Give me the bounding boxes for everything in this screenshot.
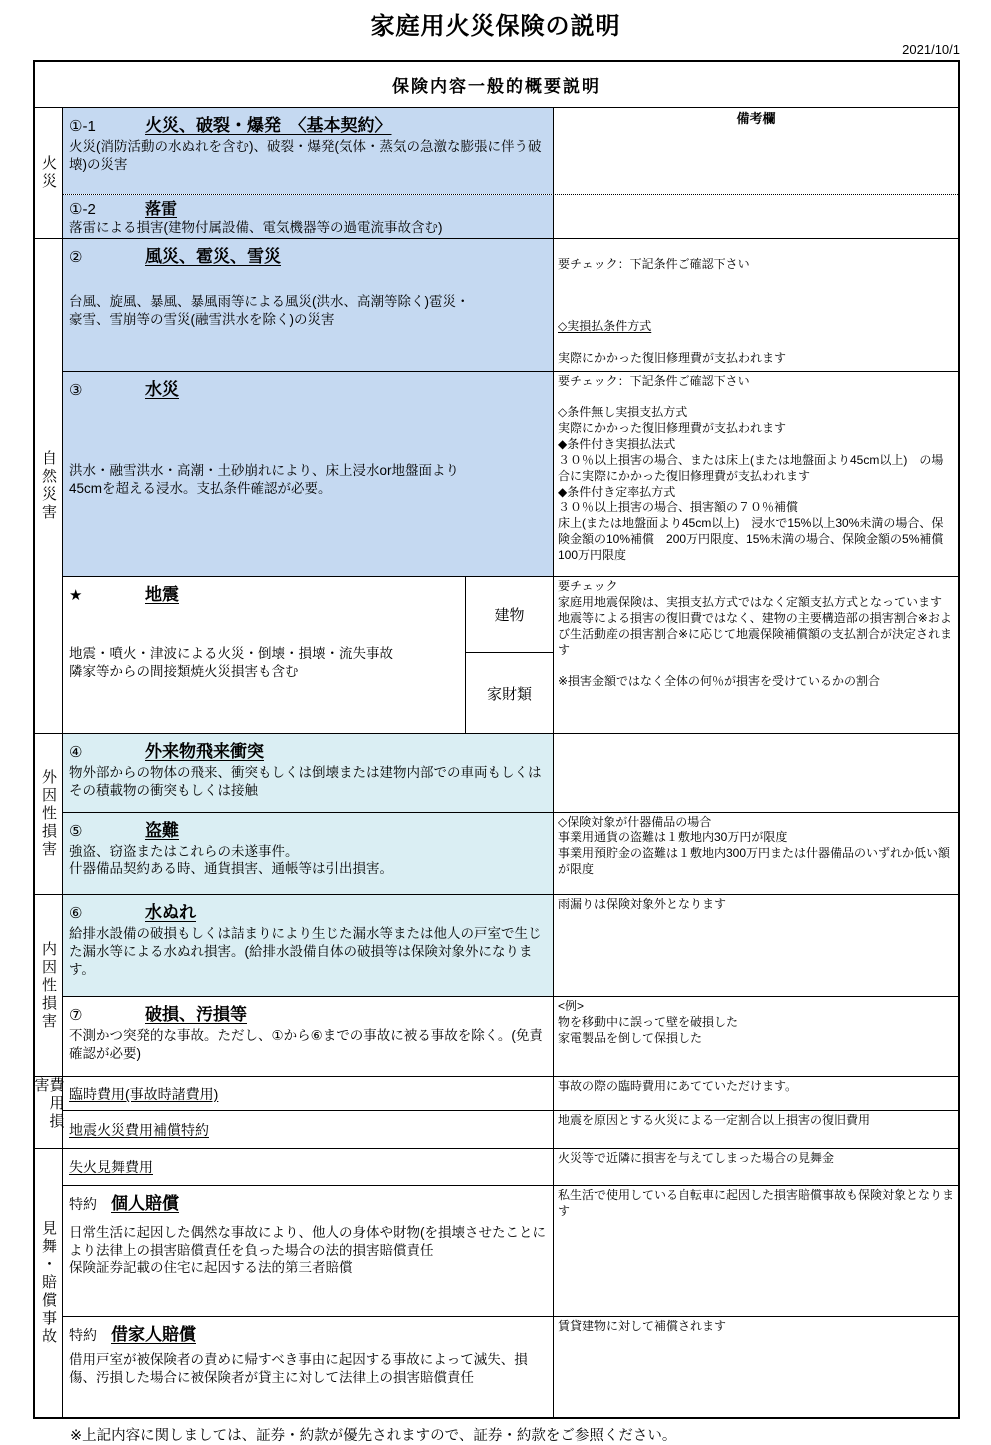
row-tenant-liability: 特約借家人賠償 借用戸室が被保険者の責めに帰すべき事由に起因する事故によって滅失… [63, 1316, 958, 1417]
item-body: 不測かつ突発的な事故。ただし、①から⑥までの事故に被る事故を除く。(免責確認が必… [69, 1027, 547, 1063]
category-internal-damage: 内因性損害 [35, 895, 63, 1076]
item-title: 火災、破裂・爆発 〈基本契約〉 [145, 111, 392, 136]
item-body: 日常生活に起因した偶然な事故により、他人の身体や財物(を損壊させたことにより法律… [69, 1224, 547, 1277]
section-internal-damage: 内因性損害 ⑥水ぬれ 給排水設備の破損もしくは詰まりにより生じた漏水等または他人… [35, 894, 958, 1076]
section-fire: 火災 ①-1火災、破裂・爆発 〈基本契約〉 火災(消防活動の水ぬれを含む)、破裂… [35, 108, 958, 238]
subcell-household-goods: 家財類 [466, 653, 553, 733]
row-temporary-expenses: 臨時費用(事故時諸費用) 事故の際の臨時費用にあてていただけます。 [63, 1077, 958, 1110]
item-number: ①-2 [69, 200, 145, 218]
item-number: ② [69, 248, 145, 266]
category-expense-damage: 費用損害 [35, 1077, 63, 1148]
remark-cell: 事故の際の臨時費用にあてていただけます。 [553, 1077, 958, 1110]
remark-cell [553, 734, 958, 812]
footer-note: ※上記内容に関しましては、証券・約款が優先されますので、証券・約款をご参照くださ… [70, 1424, 676, 1445]
item-body: 借用戸室が被保険者の責めに帰すべき事由に起因する事故によって滅失、損傷、汚損した… [69, 1351, 547, 1387]
row-earthquake-fire-expense-rider: 地震火災費用補償特約 地震を原因とする火災による一定割合以上損害の復旧費用 [63, 1110, 958, 1148]
item-title: 盗難 [145, 816, 179, 841]
category-fire: 火災 [35, 108, 63, 238]
table-header: 保険内容一般的概要説明 [35, 62, 958, 108]
item-number: ③ [69, 381, 145, 399]
item-title: 地震 [145, 580, 179, 605]
cell-tenant-liability: 特約借家人賠償 借用戸室が被保険者の責めに帰すべき事由に起因する事故によって滅失… [63, 1317, 553, 1417]
cell-earthquake-fire-expense-rider: 地震火災費用補償特約 [63, 1111, 553, 1148]
remark-cell: <例> 物を移動中に誤って壁を破損した 家電製品を倒して保損した [553, 997, 958, 1076]
item-number: ⑤ [69, 822, 145, 840]
rider-label: 特約 [69, 1325, 111, 1345]
remark-line: 実際にかかった復旧修理費が支払われます [558, 351, 954, 367]
item-body: 落雷による損害(建物付属設備、電気機器等の過電流事故含む) [69, 219, 547, 237]
cell-temporary-expenses: 臨時費用(事故時諸費用) [63, 1077, 553, 1110]
item-number: ①-1 [69, 117, 145, 135]
row-flood: ③水災 洪水・融雪洪水・高潮・土砂崩れにより、床上浸水or地盤面より 45cmを… [63, 371, 958, 577]
item-body: 強盗、窃盗またはこれらの未遂事件。 什器備品契約ある時、通貨損害、通帳等は引出損… [69, 843, 547, 879]
item-number: ⑥ [69, 904, 145, 922]
item-title: 破損、汚損等 [145, 1000, 247, 1025]
section-external-damage: 外因性損害 ④外来物飛来衝突 物外部からの物体の飛来、衝突もしくは倒壊または建物… [35, 733, 958, 894]
cell-fire-condolence-expense: 失火見舞費用 [63, 1149, 553, 1185]
remarks-column-header: 備考欄 [553, 108, 958, 194]
item-body: 物外部からの物体の飛来、衝突もしくは倒壊または建物内部での車両もしくはその積載物… [69, 764, 547, 800]
remark-cell: 私生活で使用している自転車に起因した損害賠償事故も保険対象となります [553, 1186, 958, 1317]
item-body: 給排水設備の破損もしくは詰まりにより生じた漏水等または他人の戸室で生じた漏水等に… [69, 925, 547, 978]
row-water-leakage: ⑥水ぬれ 給排水設備の破損もしくは詰まりにより生じた漏水等または他人の戸室で生じ… [63, 895, 958, 996]
row-theft: ⑤盗難 強盗、窃盗またはこれらの未遂事件。 什器備品契約ある時、通貨損害、通帳等… [63, 812, 958, 894]
row-flying-objects: ④外来物飛来衝突 物外部からの物体の飛来、衝突もしくは倒壊または建物内部での車両… [63, 734, 958, 812]
category-external-damage: 外因性損害 [35, 734, 63, 894]
cell-flood: ③水災 洪水・融雪洪水・高潮・土砂崩れにより、床上浸水or地盤面より 45cmを… [63, 372, 553, 577]
page-title: 家庭用火災保険の説明 [0, 6, 991, 41]
remark-cell: 賃貸建物に対して補償されます [553, 1317, 958, 1417]
cell-breakage-staining: ⑦破損、汚損等 不測かつ突発的な事故。ただし、①から⑥までの事故に被る事故を除く… [63, 997, 553, 1076]
cell-earthquake: ★地震 地震・噴火・津波による火災・倒壊・損壊・流失事故 隣家等からの間接類焼火… [63, 577, 553, 733]
section-expense-damage: 費用損害 臨時費用(事故時諸費用) 事故の際の臨時費用にあてていただけます。 地… [35, 1076, 958, 1148]
item-label: 失火見舞費用 [69, 1157, 153, 1177]
item-body: 火災(消防活動の水ぬれを含む)、破裂・爆発(気体・蒸気の急激な膨張に伴う破壊)の… [69, 138, 547, 174]
cell-water-leakage: ⑥水ぬれ 給排水設備の破損もしくは詰まりにより生じた漏水等または他人の戸室で生じ… [63, 895, 553, 996]
item-title: 水ぬれ [145, 898, 196, 923]
star-marker: ★ [69, 586, 145, 604]
category-natural-disaster: 自然災害 [35, 239, 63, 733]
remark-cell: 要チェック：下記条件ご確認下さい ◇条件無し実損支払方式 実際にかかった復旧修理… [553, 372, 958, 577]
cell-fire-explosion: ①-1火災、破裂・爆発 〈基本契約〉 火災(消防活動の水ぬれを含む)、破裂・爆発… [63, 108, 553, 194]
item-title: 落雷 [145, 196, 177, 219]
item-body: 台風、旋風、暴風、暴風雨等による風災(洪水、高潮等除く)雹災・ 豪雪、雪崩等の雪… [69, 293, 547, 329]
item-title: 個人賠償 [111, 1189, 179, 1214]
table-body: 火災 ①-1火災、破裂・爆発 〈基本契約〉 火災(消防活動の水ぬれを含む)、破裂… [35, 108, 958, 1417]
row-personal-liability: 特約個人賠償 日常生活に起因した偶然な事故により、他人の身体や財物(を損壊させた… [63, 1185, 958, 1317]
remark-cell: 火災等で近隣に損害を与えてしまった場合の見舞金 [553, 1149, 958, 1185]
section-condolence-liability: 見舞・賠償事故 失火見舞費用 火災等で近隣に損害を与えてしまった場合の見舞金 特… [35, 1148, 958, 1417]
remark-line: ◇実損払条件方式 [558, 319, 954, 335]
row-lightning: ①-2落雷 落雷による損害(建物付属設備、電気機器等の過電流事故含む) [63, 194, 958, 238]
remark-line: 要チェック：下記条件ご確認下さい [558, 257, 954, 273]
remark-cell: 地震を原因とする火災による一定割合以上損害の復旧費用 [553, 1111, 958, 1148]
cell-lightning: ①-2落雷 落雷による損害(建物付属設備、電気機器等の過電流事故含む) [63, 195, 553, 238]
row-fire-condolence-expense: 失火見舞費用 火災等で近隣に損害を与えてしまった場合の見舞金 [63, 1149, 958, 1185]
item-number: ⑦ [69, 1006, 145, 1024]
item-title: 借家人賠償 [111, 1320, 196, 1345]
rider-label: 特約 [69, 1194, 111, 1214]
remark-cell: 要チェック 家庭用地震保険は、実損支払方式ではなく定額支払方式となっています 地… [553, 577, 958, 733]
item-body: 洪水・融雪洪水・高潮・土砂崩れにより、床上浸水or地盤面より 45cmを超える浸… [69, 462, 547, 498]
document-date: 2021/10/1 [33, 42, 960, 57]
row-earthquake: ★地震 地震・噴火・津波による火災・倒壊・損壊・流失事故 隣家等からの間接類焼火… [63, 576, 958, 733]
remark-cell: 要チェック：下記条件ご確認下さい ◇実損払条件方式 実際にかかった復旧修理費が支… [553, 239, 958, 371]
item-label: 地震火災費用補償特約 [69, 1120, 209, 1140]
row-wind-hail-snow: ②風災、雹災、雪災 台風、旋風、暴風、暴風雨等による風災(洪水、高潮等除く)雹災… [63, 239, 958, 371]
cell-personal-liability: 特約個人賠償 日常生活に起因した偶然な事故により、他人の身体や財物(を損壊させた… [63, 1186, 553, 1317]
subcell-building: 建物 [466, 577, 553, 653]
cell-flying-objects: ④外来物飛来衝突 物外部からの物体の飛来、衝突もしくは倒壊または建物内部での車両… [63, 734, 553, 812]
cell-wind-hail-snow: ②風災、雹災、雪災 台風、旋風、暴風、暴風雨等による風災(洪水、高潮等除く)雹災… [63, 239, 553, 371]
row-fire-explosion: ①-1火災、破裂・爆発 〈基本契約〉 火災(消防活動の水ぬれを含む)、破裂・爆発… [63, 108, 958, 194]
item-title: 風災、雹災、雪災 [145, 242, 281, 267]
cell-theft: ⑤盗難 強盗、窃盗またはこれらの未遂事件。 什器備品契約ある時、通貨損害、通帳等… [63, 813, 553, 894]
remark-cell: 雨漏りは保険対象外となります [553, 895, 958, 996]
remark-cell [553, 195, 958, 238]
item-label: 臨時費用(事故時諸費用) [69, 1084, 218, 1104]
section-natural-disaster: 自然災害 ②風災、雹災、雪災 台風、旋風、暴風、暴風雨等による風災(洪水、高潮等… [35, 238, 958, 733]
insurance-summary-table: 保険内容一般的概要説明 火災 ①-1火災、破裂・爆発 〈基本契約〉 火災(消防活… [33, 60, 960, 1419]
item-title: 水災 [145, 375, 179, 400]
document-page: 家庭用火災保険の説明 2021/10/1 保険内容一般的概要説明 火災 ①-1火… [0, 0, 991, 1445]
earthquake-target-cells: 建物 家財類 [465, 577, 553, 733]
item-body: 地震・噴火・津波による火災・倒壊・損壊・流失事故 隣家等からの間接類焼火災損害も… [69, 645, 459, 681]
remark-cell: ◇保険対象が什器備品の場合 事業用通貨の盗難は１敷地内30万円が限度 事業用預貯… [553, 813, 958, 894]
item-title: 外来物飛来衝突 [145, 737, 264, 762]
item-number: ④ [69, 743, 145, 761]
category-condolence-liability: 見舞・賠償事故 [35, 1149, 63, 1417]
row-breakage-staining: ⑦破損、汚損等 不測かつ突発的な事故。ただし、①から⑥までの事故に被る事故を除く… [63, 996, 958, 1076]
